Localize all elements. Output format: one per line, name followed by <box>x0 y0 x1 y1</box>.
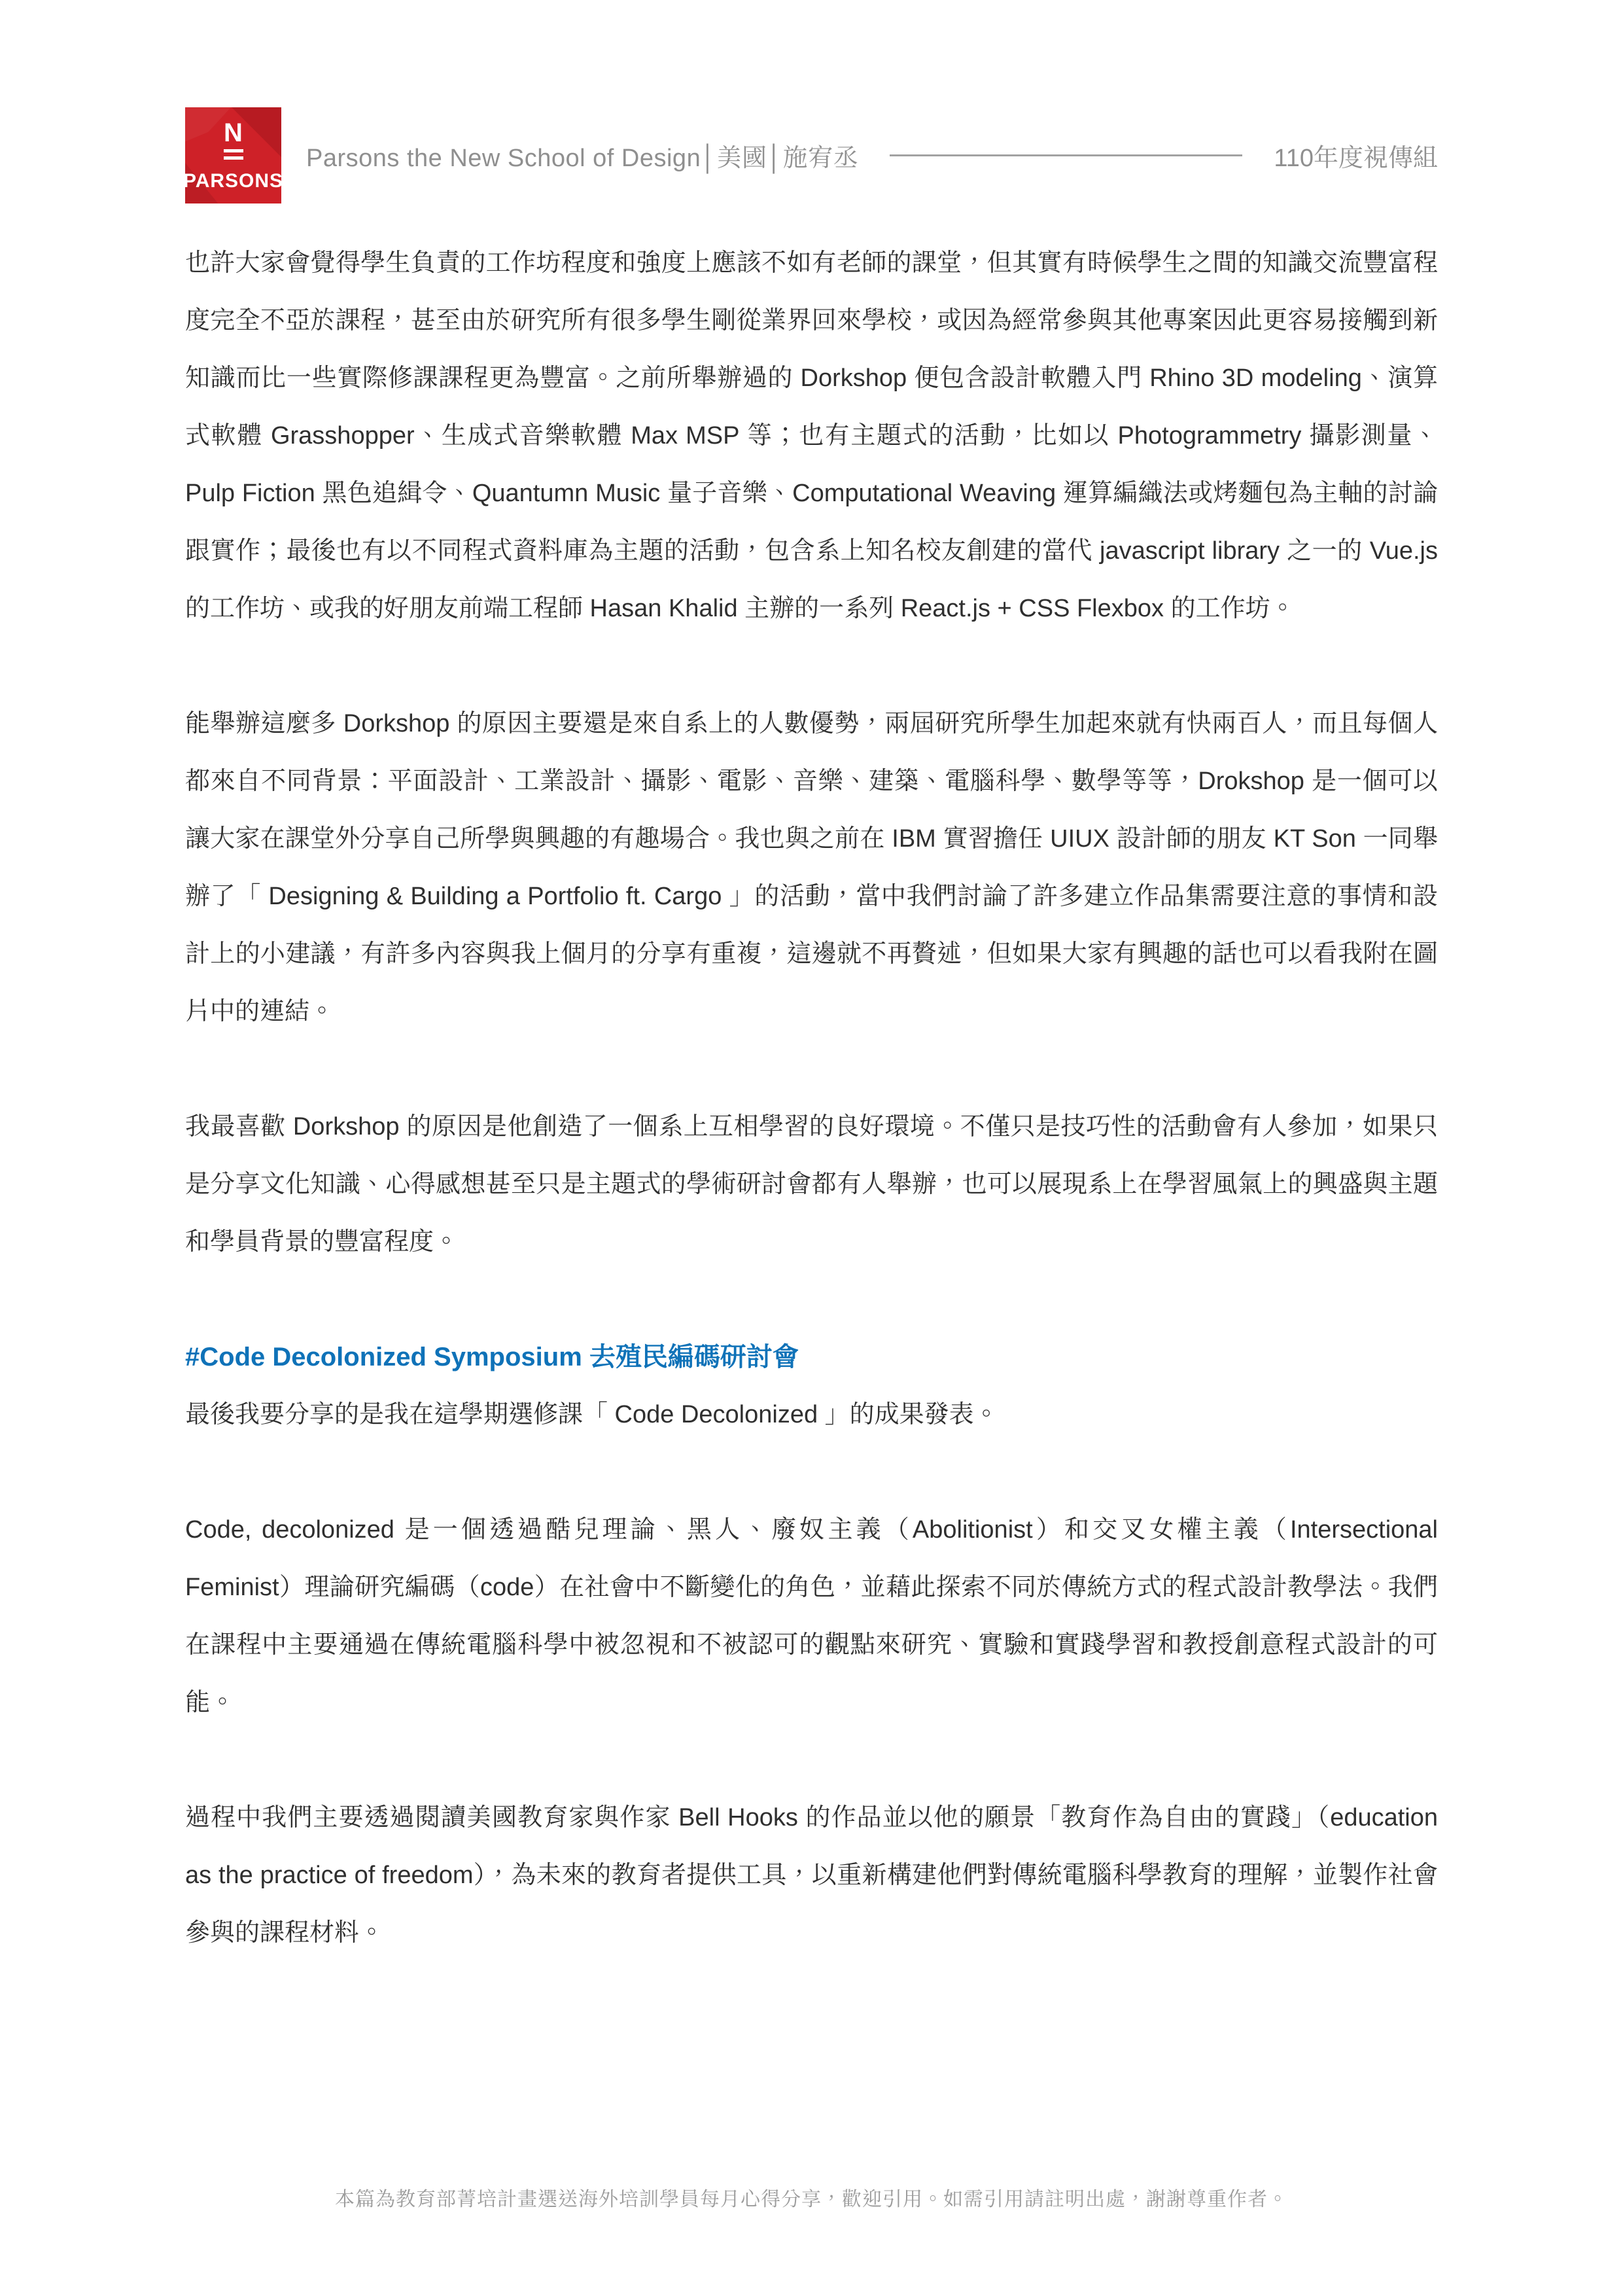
header-cohort-label: 110年度視傳組 <box>1274 137 1438 173</box>
document-body: 也許大家會覺得學生負責的工作坊程度和強度上應該不如有老師的課堂，但其實有時候學生… <box>185 234 1438 1962</box>
body-paragraph: Code, decolonized 是一個透過酷兒理論、黑人、廢奴主義（Abol… <box>185 1501 1438 1731</box>
page-footer: 本篇為教育部菁培計畫選送海外培訓學員每月心得分享，歡迎引用。如需引用請註明出處，… <box>0 2183 1623 2212</box>
body-paragraph: 能舉辦這麼多 Dorkshop 的原因主要還是來自系上的人數優勢，兩屆研究所學生… <box>185 695 1438 1040</box>
document-page: N PARSONS Parsons the New School of Desi… <box>0 0 1623 2296</box>
new-school-n-icon: N <box>224 120 243 160</box>
parsons-logo: N PARSONS <box>185 107 281 203</box>
header-title: Parsons the New School of Design│美國│施宥丞 <box>306 137 858 173</box>
body-paragraph: 也許大家會覺得學生負責的工作坊程度和強度上應該不如有老師的課堂，但其實有時候學生… <box>185 234 1438 637</box>
section-heading: #Code Decolonized Symposium 去殖民編碼研討會 <box>185 1328 1438 1386</box>
page-header: N PARSONS Parsons the New School of Desi… <box>185 107 1438 203</box>
parsons-wordmark: PARSONS <box>185 170 281 192</box>
header-divider-line <box>890 154 1242 156</box>
logo-n-letter: N <box>224 120 243 145</box>
body-paragraph: 過程中我們主要透過閱讀美國教育家與作家 Bell Hooks 的作品並以他的願景… <box>185 1789 1438 1962</box>
logo-bar-decoration <box>224 149 243 152</box>
footer-note: 本篇為教育部菁培計畫選送海外培訓學員每月心得分享，歡迎引用。如需引用請註明出處，… <box>335 2189 1288 2210</box>
logo-bar-decoration <box>224 156 243 160</box>
section-intro: 最後我要分享的是我在這學期選修課「 Code Decolonized 」的成果發… <box>185 1386 1438 1443</box>
body-paragraph: 我最喜歡 Dorkshop 的原因是他創造了一個系上互相學習的良好環境。不僅只是… <box>185 1098 1438 1271</box>
